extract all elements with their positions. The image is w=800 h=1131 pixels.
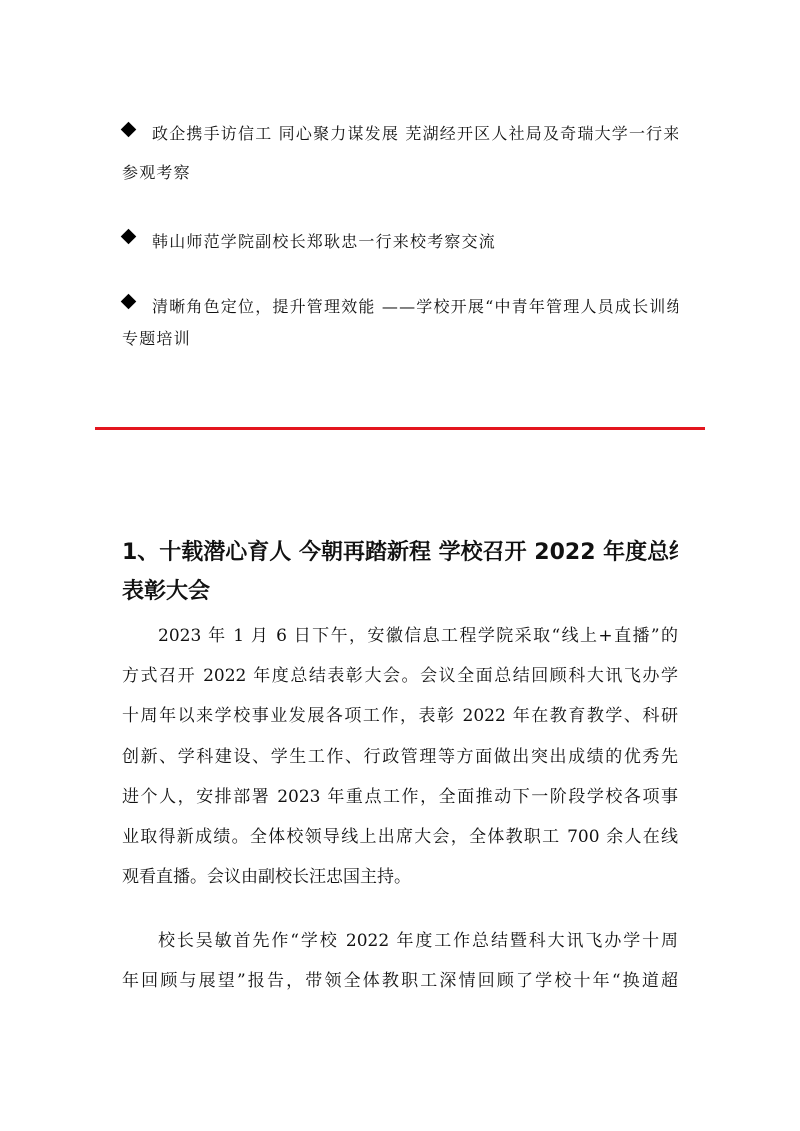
paragraph-line: 十周年以来学校事业发展各项工作，表彰 2022 年在教育教学、科研 [122, 704, 678, 728]
news-item-title-line[interactable]: 政企携手访信工 同心聚力谋发展 芜湖经开区人社局及奇瑞大学一行来校 [152, 123, 678, 145]
diamond-bullet-icon [121, 122, 137, 138]
paragraph-line: 观看直播。会议由副校长汪忠国主持。 [122, 865, 678, 889]
paragraph-line: 进个人，安排部署 2023 年重点工作，全面推动下一阶段学校各项事 [122, 785, 678, 809]
article-title-line: 表彰大会 [122, 577, 678, 607]
news-item-title-line[interactable]: 韩山师范学院副校长郑耿忠一行来校考察交流 [152, 231, 678, 253]
paragraph-line: 方式召开 2022 年度总结表彰大会。会议全面总结回顾科大讯飞办学 [122, 664, 678, 688]
article-title-line: 1、十载潜心育人 今朝再踏新程 学校召开 2022 年度总结 [122, 538, 678, 568]
news-item-title-line[interactable]: 参观考察 [122, 162, 678, 184]
paragraph-line: 年回顾与展望”报告，带领全体教职工深情回顾了学校十年“换道超 [122, 969, 678, 993]
diamond-bullet-icon [121, 294, 137, 310]
diamond-bullet-icon [121, 229, 137, 245]
paragraph-line: 校长吴敏首先作“学校 2022 年度工作总结暨科大讯飞办学十周 [158, 929, 678, 953]
paragraph-line: 业取得新成绩。全体校领导线上出席大会，全体教职工 700 余人在线 [122, 825, 678, 849]
paragraph-line: 2023 年 1 月 6 日下午，安徽信息工程学院采取“线上+直播”的 [158, 624, 678, 648]
news-item-title-line[interactable]: 专题培训 [122, 328, 678, 350]
section-divider [95, 427, 705, 430]
news-item-title-line[interactable]: 清晰角色定位，提升管理效能 ——学校开展“中青年管理人员成长训练营” [152, 296, 678, 318]
paragraph-line: 创新、学科建设、学生工作、行政管理等方面做出突出成绩的优秀先 [122, 745, 678, 769]
document-page: 政企携手访信工 同心聚力谋发展 芜湖经开区人社局及奇瑞大学一行来校 参观考察 韩… [0, 0, 800, 1131]
